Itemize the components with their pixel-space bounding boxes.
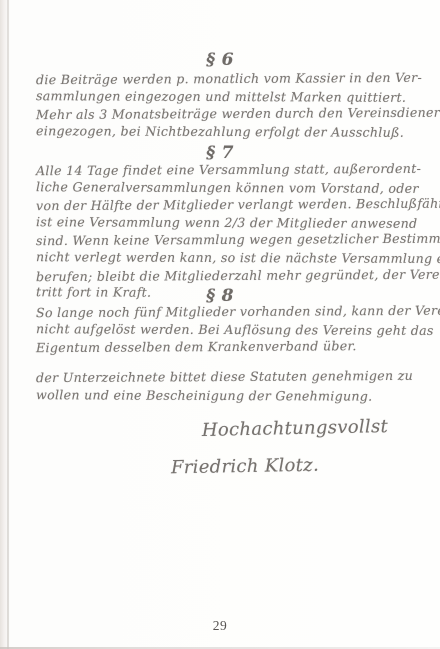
handwritten-line: berufen; bleibt die Mitgliederzahl mehr … <box>36 265 412 285</box>
scanned-document-page: § 6 die Beiträge werden p. monatlich vom… <box>0 0 440 649</box>
handwritten-line: sind. Wenn keine Versammlung wegen geset… <box>36 230 412 250</box>
page-number: 29 <box>0 618 440 634</box>
handwritten-line: Alle 14 Tage findet eine Versammlung sta… <box>36 160 412 180</box>
handwritten-line: nicht verlegt werden kann, so ist die nä… <box>36 248 412 267</box>
section-heading-6: § 6 <box>0 50 440 70</box>
handwritten-line: von der Hälfte der Mitglieder verlangt w… <box>36 195 412 215</box>
handwritten-line: der Unterzeichnete bittet diese Statuten… <box>36 367 412 388</box>
salutation: Hochachtungsvollst <box>185 416 405 442</box>
paragraph-section-7: Alle 14 Tage findet eine Versammlung sta… <box>36 161 412 302</box>
page-left-edge-shadow <box>7 0 9 649</box>
handwritten-line: die Beiträge werden p. monatlich vom Kas… <box>36 69 412 89</box>
closing-paragraph: der Unterzeichnete bittet diese Statuten… <box>36 368 412 405</box>
handwritten-line: wollen und eine Bescheinigung der Genehm… <box>36 386 412 406</box>
handwritten-line: Eigentum desselben dem Krankenverband üb… <box>36 337 412 357</box>
handwritten-line: liche Generalversammlungen können vom Vo… <box>36 178 412 197</box>
handwritten-line: eingezogen, bei Nichtbezahlung erfolgt d… <box>36 122 412 141</box>
signature: Friedrich Klotz. <box>150 454 340 478</box>
handwritten-line: nicht aufgelöst werden. Bei Auflösung de… <box>36 320 412 339</box>
handwritten-line: Mehr als 3 Monatsbeiträge werden durch d… <box>36 104 412 124</box>
handwritten-line: sammlungen eingezogen und mittelst Marke… <box>36 87 412 106</box>
paragraph-section-8: So lange noch fünf Mitglieder vorhanden … <box>36 303 412 356</box>
handwritten-line: So lange noch fünf Mitglieder vorhanden … <box>36 302 412 322</box>
paragraph-section-6: die Beiträge werden p. monatlich vom Kas… <box>36 70 412 140</box>
